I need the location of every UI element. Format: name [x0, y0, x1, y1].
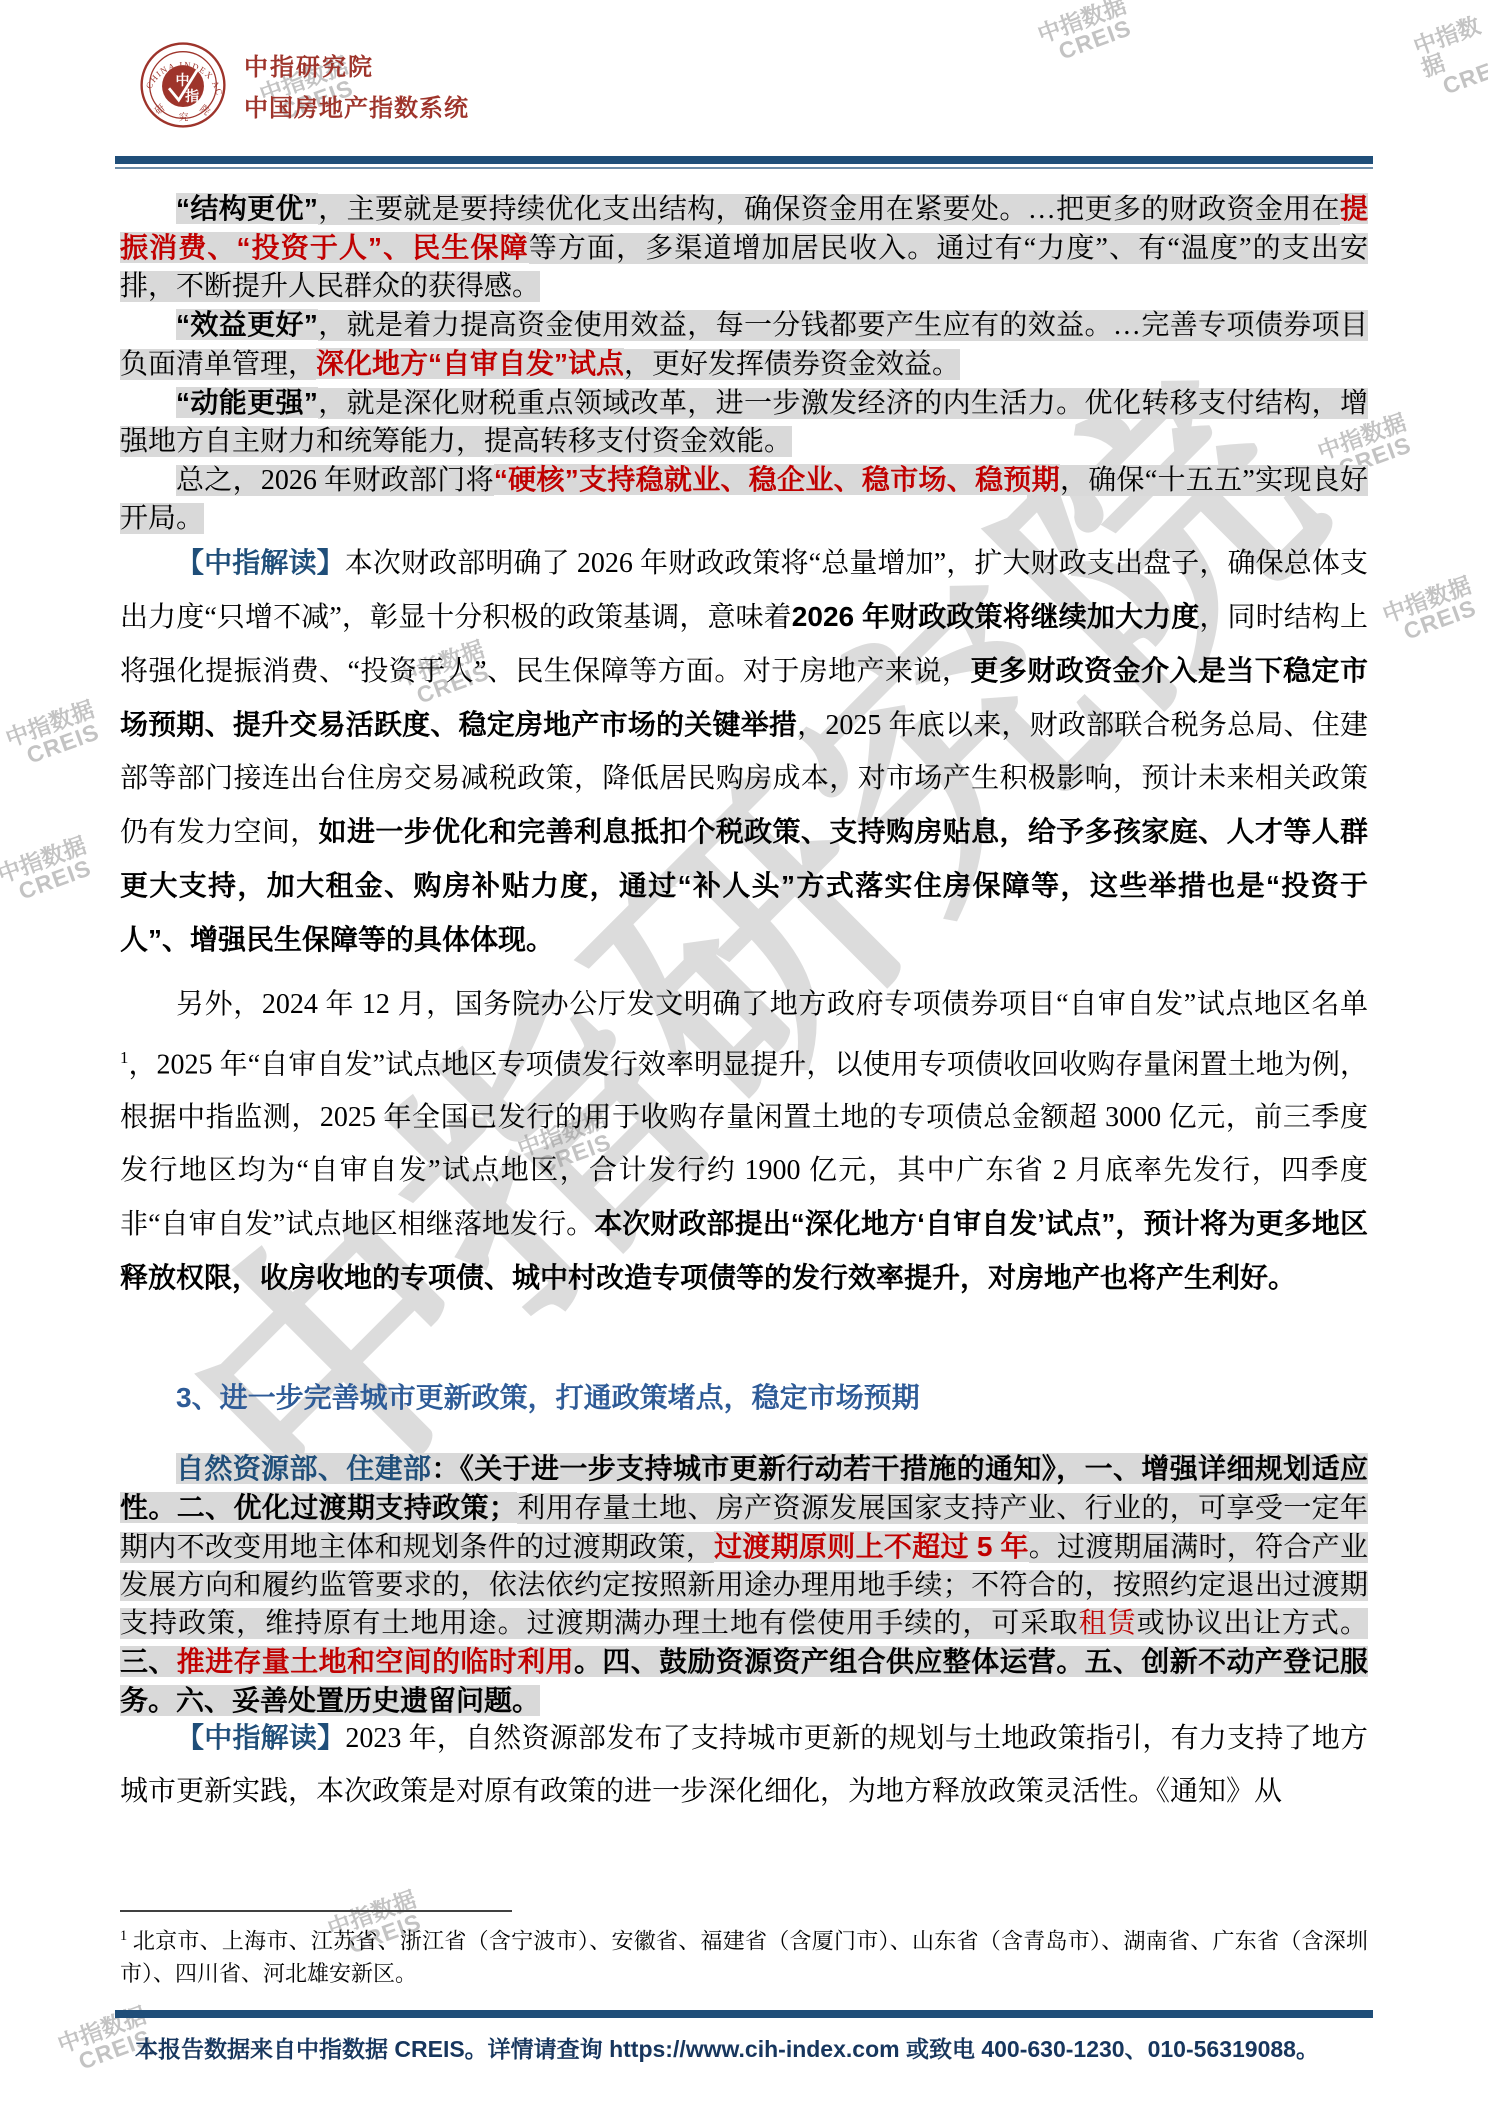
footnote-separator	[120, 1910, 512, 1912]
quote-paragraph: “结构更优”，主要就是要持续优化支出结构，确保资金用在紧要处。…把更多的财政资金…	[120, 190, 1368, 306]
text-segment: “硬核”支持稳就业、稳企业、稳市场、稳预期	[494, 464, 1060, 495]
text-segment: ，主要就是要持续优化支出结构，确保资金用在紧要处。…把更多的财政资金用在	[318, 194, 1340, 225]
body-paragraph: 另外，2024 年 12 月，国务院办公厅发文明确了地方政府专项债券项目“自审自…	[120, 978, 1368, 1305]
quote-paragraph: “动能更强”，就是深化财税重点领域改革，进一步激发经济的内生活力。优化转移支付结…	[120, 384, 1368, 461]
text-segment: 【中指解读】	[176, 1722, 345, 1753]
header-titles: 中指研究院 中国房地产指数系统	[244, 47, 469, 123]
report-page: 中指研究院 中指数据CREIS中指数据CREIS中指数据CREIS中指数据CRE…	[0, 0, 1488, 2104]
text-segment: 深化地方“自审自发”试点	[316, 348, 624, 379]
text-segment: “结构更优”	[176, 193, 318, 224]
text-segment: 总之，2026 年财政部门将	[176, 465, 494, 496]
interpretation-paragraph-3: 【中指解读】2023 年，自然资源部发布了支持城市更新的规划与土地政策指引，有力…	[120, 1711, 1368, 1818]
text-segment: “效益更好”	[176, 309, 318, 340]
system-name: 中国房地产指数系统	[244, 88, 469, 123]
creis-watermark-stamp: 中指数据CREIS	[1035, 0, 1137, 69]
svg-text:中: 中	[175, 72, 189, 89]
quote-paragraph: “效益更好”，就是着力提高资金使用效益，每一分钱都要产生应有的效益。…完善专项债…	[120, 306, 1368, 384]
header-rule-thin	[115, 167, 1373, 169]
interpretation-paragraph-1: 【中指解读】本次财政部明确了 2026 年财政政策将“总量增加”，扩大财政支出盘…	[120, 536, 1368, 967]
text-segment: 自然资源部、住建部	[176, 1453, 431, 1484]
text-segment: 租赁	[1079, 1608, 1137, 1639]
china-index-academy-logo-icon: CHINA INDEX ACADEMY 中 指 研 究 院	[140, 42, 226, 128]
body-paragraph: 【中指解读】2023 年，自然资源部发布了支持城市更新的规划与土地政策指引，有力…	[120, 1711, 1368, 1818]
creis-watermark-stamp: 中指数据CREIS	[1411, 7, 1488, 104]
footnote: 1 北京市、上海市、江苏省、浙江省（含宁波市）、安徽省、福建省（含厦门市）、山东…	[120, 1920, 1368, 1990]
footer-rule	[115, 2010, 1373, 2018]
policy-quote-block-urban-renewal: 自然资源部、住建部：《关于进一步支持城市更新行动若干措施的通知》，一、增强详细规…	[120, 1450, 1368, 1721]
text-segment: 或协议出让方式。	[1137, 1608, 1368, 1639]
text-segment: 【中指解读】	[176, 547, 345, 578]
text-segment: ，更好发挥债券资金效益。	[624, 349, 960, 380]
interpretation-paragraph-2: 另外，2024 年 12 月，国务院办公厅发文明确了地方政府专项债券项目“自审自…	[120, 978, 1368, 1305]
quote-paragraph: 自然资源部、住建部：《关于进一步支持城市更新行动若干措施的通知》，一、增强详细规…	[120, 1450, 1368, 1721]
header-rule	[115, 156, 1373, 169]
text-segment: 2026 年财政政策将继续加大力度	[792, 601, 1200, 632]
text-segment: 过渡期原则上不超过 5 年	[714, 1531, 1029, 1562]
text-segment: 另外，2024 年 12 月，国务院办公厅发文明确了地方政府专项债券项目“自审自…	[176, 989, 1368, 1020]
text-segment: 推进存量土地和空间的临时利用	[177, 1646, 574, 1677]
policy-quote-block-fiscal: “结构更优”，主要就是要持续优化支出结构，确保资金用在紧要处。…把更多的财政资金…	[120, 190, 1368, 538]
report-header: CHINA INDEX ACADEMY 中 指 研 究 院 中指研究院 中国房地…	[140, 42, 469, 128]
quote-paragraph: 总之，2026 年财政部门将“硬核”支持稳就业、稳企业、稳市场、稳预期，确保“十…	[120, 461, 1368, 538]
header-rule-thick	[115, 156, 1373, 164]
svg-text:指: 指	[185, 88, 199, 105]
footer-text: 本报告数据来自中指数据 CREIS。详情请查询 https://www.cih-…	[135, 2032, 1375, 2066]
creis-watermark-stamp: 中指数据CREIS	[1380, 574, 1482, 650]
text-segment: “动能更强”	[176, 387, 318, 418]
org-name: 中指研究院	[244, 47, 469, 82]
footnote-text: 北京市、上海市、江苏省、浙江省（含宁波市）、安徽省、福建省（含厦门市）、山东省（…	[120, 1928, 1368, 1986]
svg-text:究: 究	[179, 111, 189, 123]
text-segment: 三、	[120, 1646, 177, 1677]
body-paragraph: 【中指解读】本次财政部明确了 2026 年财政政策将“总量增加”，扩大财政支出盘…	[120, 536, 1368, 967]
section-heading-3: 3、进一步完善城市更新政策，打通政策堵点，稳定市场预期	[120, 1378, 1368, 1418]
creis-watermark-stamp: 中指数据CREIS	[3, 698, 105, 774]
creis-watermark-stamp: 中指数据CREIS	[0, 834, 97, 910]
